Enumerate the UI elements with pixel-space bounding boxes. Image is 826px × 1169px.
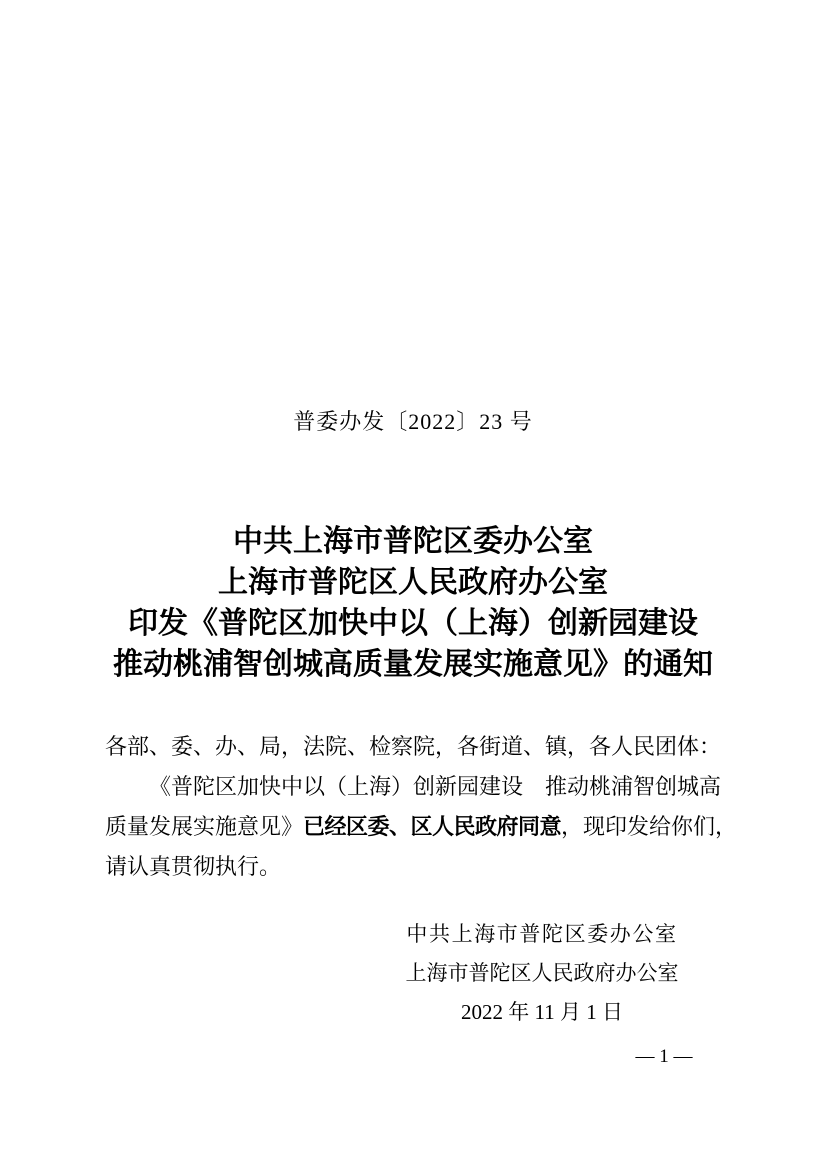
body-line-2-regular-post: ，现印发给你们， [561, 814, 737, 839]
body-paragraph-line-2: 质量发展实施意见》已经区委、区人民政府同意，现印发给你们， [105, 807, 750, 847]
signature-block: 中共上海市普陀区委办公室 上海市普陀区人民政府办公室 2022 年 11 月 1… [342, 915, 742, 1032]
body-line-2-regular-pre: 质量发展实施意见》 [105, 814, 303, 839]
title-line-3: 印发《普陀区加快中以（上海）创新园建设 [0, 603, 826, 644]
title-line-4: 推动桃浦智创城高质量发展实施意见》的通知 [0, 644, 826, 685]
document-number: 普委办发〔2022〕23 号 [0, 406, 826, 438]
title-line-2: 上海市普陀区人民政府办公室 [0, 562, 826, 603]
signature-date: 2022 年 11 月 1 日 [342, 993, 742, 1032]
page-number: — 1 — [604, 1046, 724, 1068]
document-page: 普委办发〔2022〕23 号 中共上海市普陀区委办公室 上海市普陀区人民政府办公… [0, 0, 826, 1169]
signature-org-2: 上海市普陀区人民政府办公室 [342, 954, 742, 993]
signature-org-1: 中共上海市普陀区委办公室 [342, 915, 742, 954]
salutation-line: 各部、委、办、局，法院、检察院，各街道、镇，各人民团体： [105, 727, 750, 767]
document-title: 中共上海市普陀区委办公室 上海市普陀区人民政府办公室 印发《普陀区加快中以（上海… [0, 521, 826, 685]
body-paragraph-line-1: 《普陀区加快中以（上海）创新园建设 推动桃浦智创城高 [105, 767, 750, 807]
body-text: 各部、委、办、局，法院、检察院，各街道、镇，各人民团体： 《普陀区加快中以（上海… [105, 727, 750, 887]
body-line-2-bold-emphasis: 已经区委、区人民政府同意 [303, 814, 561, 839]
title-line-1: 中共上海市普陀区委办公室 [0, 521, 826, 562]
body-paragraph-line-3: 请认真贯彻执行。 [105, 847, 750, 887]
